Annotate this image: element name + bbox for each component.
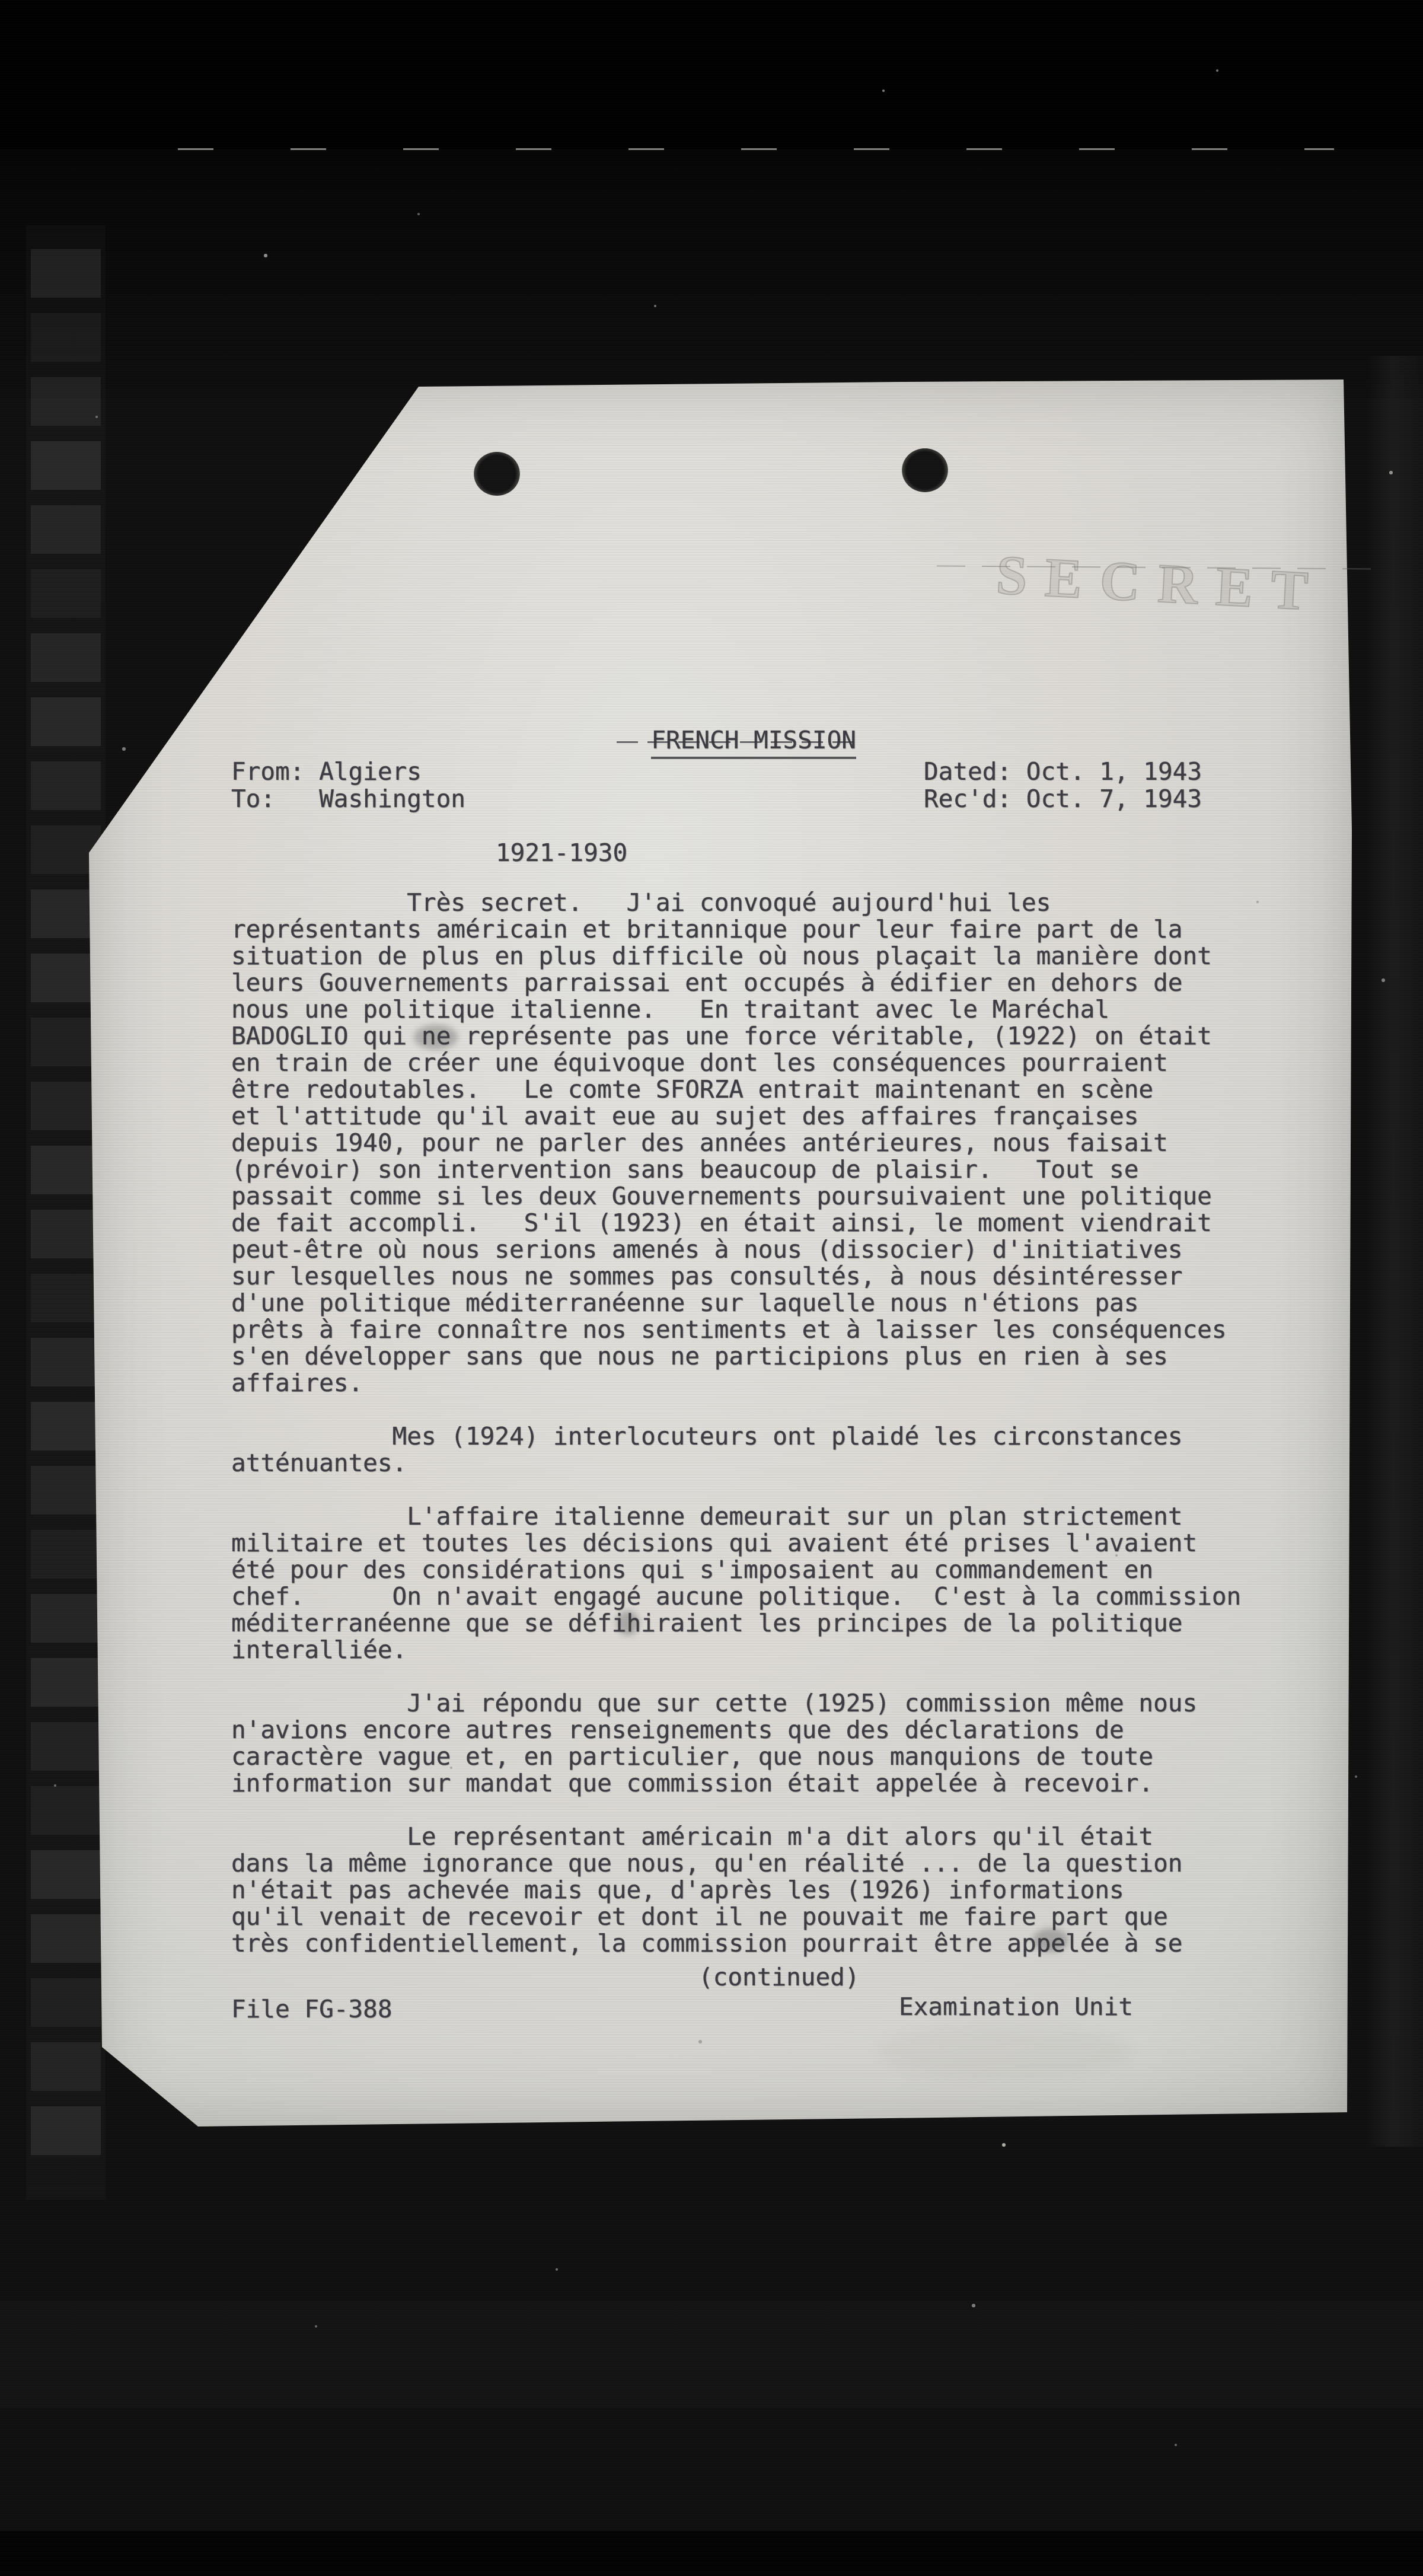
- sprocket-block: [31, 1210, 101, 1258]
- sprocket-block: [31, 1850, 101, 1899]
- text-line: être redoutables. Le comte SFORZA entrai…: [231, 1076, 1251, 1103]
- text-line: n'avions encore autres renseignements qu…: [231, 1717, 1251, 1743]
- paragraph-4: J'ai répondu que sur cette (1925) commis…: [231, 1690, 1251, 1797]
- paragraph-2: Mes (1924) interlocuteurs ont plaidé les…: [231, 1423, 1251, 1477]
- text-line: Très secret. J'ai convoqué aujourd'hui l…: [231, 890, 1251, 916]
- sprocket-block: [31, 2042, 101, 2091]
- dated-line: Dated: Oct. 1, 1943: [924, 758, 1202, 785]
- paragraph-5: Le représentant américain m'a dit alors …: [231, 1823, 1251, 1957]
- text-line: J'ai répondu que sur cette (1925) commis…: [231, 1690, 1251, 1717]
- ink-smudge: [617, 1611, 639, 1635]
- sprocket-block: [31, 1338, 101, 1386]
- text-line: représentants américain et britannique p…: [231, 916, 1251, 943]
- sprocket-block: [31, 1146, 101, 1194]
- film-scratch-line: [178, 148, 1334, 150]
- text-line: en train de créer une équivoque dont les…: [231, 1050, 1251, 1076]
- film-sprocket-strip: [31, 249, 101, 2182]
- paragraph-3: L'affaire italienne demeurait sur un pla…: [231, 1503, 1251, 1663]
- text-line: leurs Gouvernements parraissai ent occup…: [231, 970, 1251, 996]
- sprocket-block: [31, 1466, 101, 1515]
- sprocket-block: [31, 313, 101, 362]
- sprocket-block: [31, 633, 101, 682]
- text-line: militaire et toutes les décisions qui av…: [231, 1530, 1251, 1557]
- text-line: (prévoir) son intervention sans beaucoup…: [231, 1156, 1251, 1183]
- text-line: peut-être où nous serions amenés à nous …: [231, 1236, 1251, 1263]
- text-line: caractère vague et, en particulier, que …: [231, 1743, 1251, 1770]
- text-line: passait comme si les deux Gouvernements …: [231, 1183, 1251, 1210]
- examination-unit: Examination Unit: [899, 1994, 1133, 2020]
- sprocket-block: [31, 1978, 101, 2027]
- sprocket-block: [31, 1658, 101, 1707]
- text-line: de fait accompli. S'il (1923) en était a…: [231, 1210, 1251, 1236]
- sprocket-block: [31, 1786, 101, 1835]
- from-line: From: Algiers: [231, 758, 422, 785]
- ink-smudge: [414, 1025, 458, 1050]
- film-top-band: [0, 0, 1423, 149]
- sprocket-block: [31, 1402, 101, 1450]
- film-exposure-strip: [0, 2301, 1423, 2408]
- serial-range: 1921-1930: [496, 840, 627, 866]
- text-line: dans la même ignorance que nous, qu'en r…: [231, 1850, 1251, 1877]
- text-line: atténuantes.: [231, 1450, 1251, 1477]
- text-line: affaires.: [231, 1370, 1251, 1397]
- text-line: nous une politique italienne. En traitan…: [231, 996, 1251, 1023]
- sprocket-block: [31, 569, 101, 618]
- text-line: interalliée.: [231, 1637, 1251, 1663]
- text-line: très confidentiellement, la commission p…: [231, 1930, 1251, 1957]
- recd-line: Rec'd: Oct. 7, 1943: [924, 786, 1202, 812]
- text-line: méditerranéenne que se défihiraient les …: [231, 1610, 1251, 1637]
- sprocket-block: [31, 505, 101, 554]
- text-line: L'affaire italienne demeurait sur un pla…: [231, 1503, 1251, 1530]
- text-line: chef. On n'avait engagé aucune politique…: [231, 1583, 1251, 1610]
- continued-note: (continued): [698, 1964, 860, 1991]
- text-line: s'en développer sans que nous ne partici…: [231, 1343, 1251, 1370]
- sprocket-block: [31, 1274, 101, 1322]
- punch-hole-left: [474, 452, 520, 496]
- text-line: sur lesquelles nous ne sommes pas consul…: [231, 1263, 1251, 1290]
- sprocket-block: [31, 697, 101, 746]
- sprocket-block: [31, 1082, 101, 1130]
- paragraph-1: Très secret. J'ai convoqué aujourd'hui l…: [231, 890, 1251, 1397]
- paper-specks: [0, 0, 1, 1]
- microfilm-scan: { "stamp": { "text": "SECRET" }, "header…: [0, 0, 1423, 2576]
- text-line: Mes (1924) interlocuteurs ont plaidé les…: [231, 1423, 1251, 1450]
- sprocket-block: [31, 1530, 101, 1579]
- text-line: et l'attitude qu'il avait eue au sujet d…: [231, 1103, 1251, 1130]
- sprocket-block: [31, 441, 101, 490]
- text-line: d'une politique méditerranéenne sur laqu…: [231, 1290, 1251, 1316]
- sprocket-block: [31, 249, 101, 298]
- film-mid-band: [0, 149, 1423, 398]
- title-underline-dashes: [617, 741, 854, 743]
- sprocket-block: [31, 1018, 101, 1066]
- text-line: qu'il venait de recevoir et dont il ne p…: [231, 1904, 1251, 1930]
- ghost-stamp-smear: [878, 2025, 1132, 2078]
- file-number: File FG-388: [231, 1996, 393, 2023]
- sprocket-block: [31, 2106, 101, 2155]
- sprocket-block: [31, 1722, 101, 1771]
- film-right-edge: [1367, 356, 1423, 2147]
- sprocket-block: [31, 761, 101, 810]
- text-line: n'était pas achevée mais que, d'après le…: [231, 1877, 1251, 1904]
- sprocket-block: [31, 377, 101, 426]
- film-bottom-band: [0, 2530, 1423, 2576]
- sprocket-block: [31, 1914, 101, 1963]
- text-line: prêts à faire connaître nos sentiments e…: [231, 1316, 1251, 1343]
- text-line: Le représentant américain m'a dit alors …: [231, 1823, 1251, 1850]
- text-line: information sur mandat que commission ét…: [231, 1770, 1251, 1797]
- text-line: situation de plus en plus difficile où n…: [231, 943, 1251, 970]
- text-line: BADOGLIO qui ne représente pas une force…: [231, 1023, 1251, 1050]
- document-title: FRENCH MISSION: [622, 700, 856, 754]
- text-line: été pour des considérations qui s'imposa…: [231, 1557, 1251, 1583]
- ink-smudge: [1033, 1928, 1068, 1952]
- to-line: To: Washington: [231, 786, 465, 812]
- text-line: depuis 1940, pour ne parler des années a…: [231, 1130, 1251, 1156]
- punch-hole-right: [902, 448, 948, 492]
- sprocket-block: [31, 1594, 101, 1643]
